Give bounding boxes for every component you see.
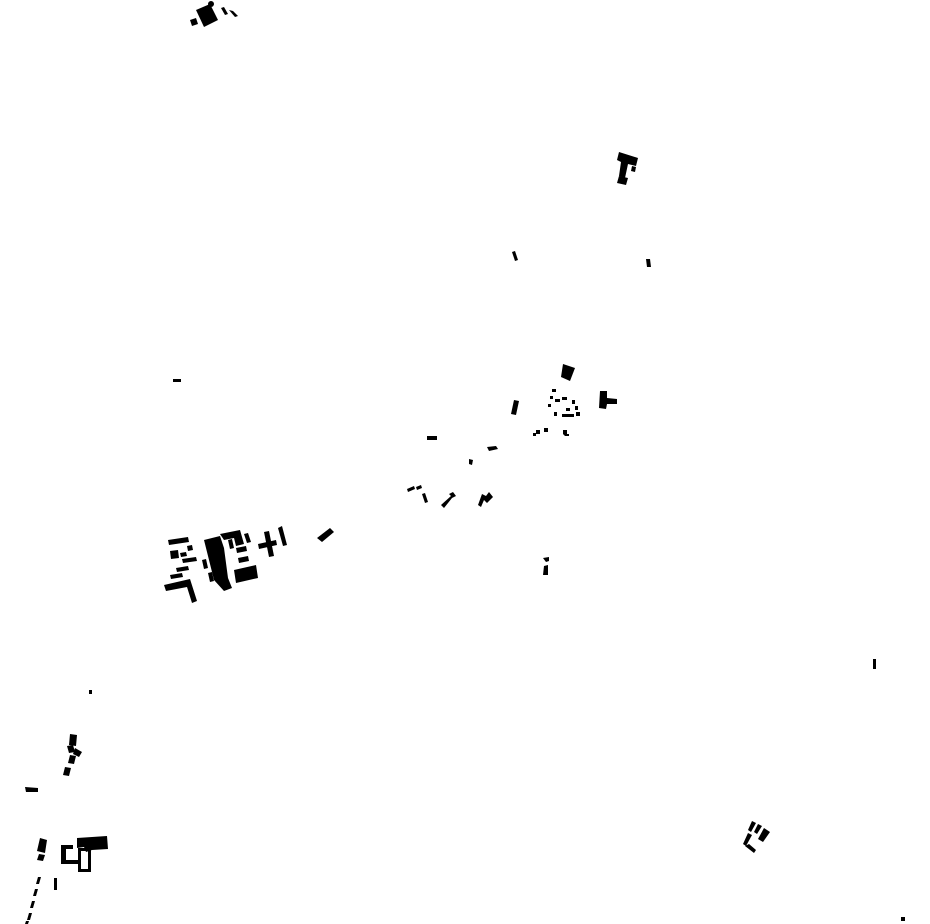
- map-background: [0, 0, 930, 924]
- building-footprint-map[interactable]: [0, 0, 930, 924]
